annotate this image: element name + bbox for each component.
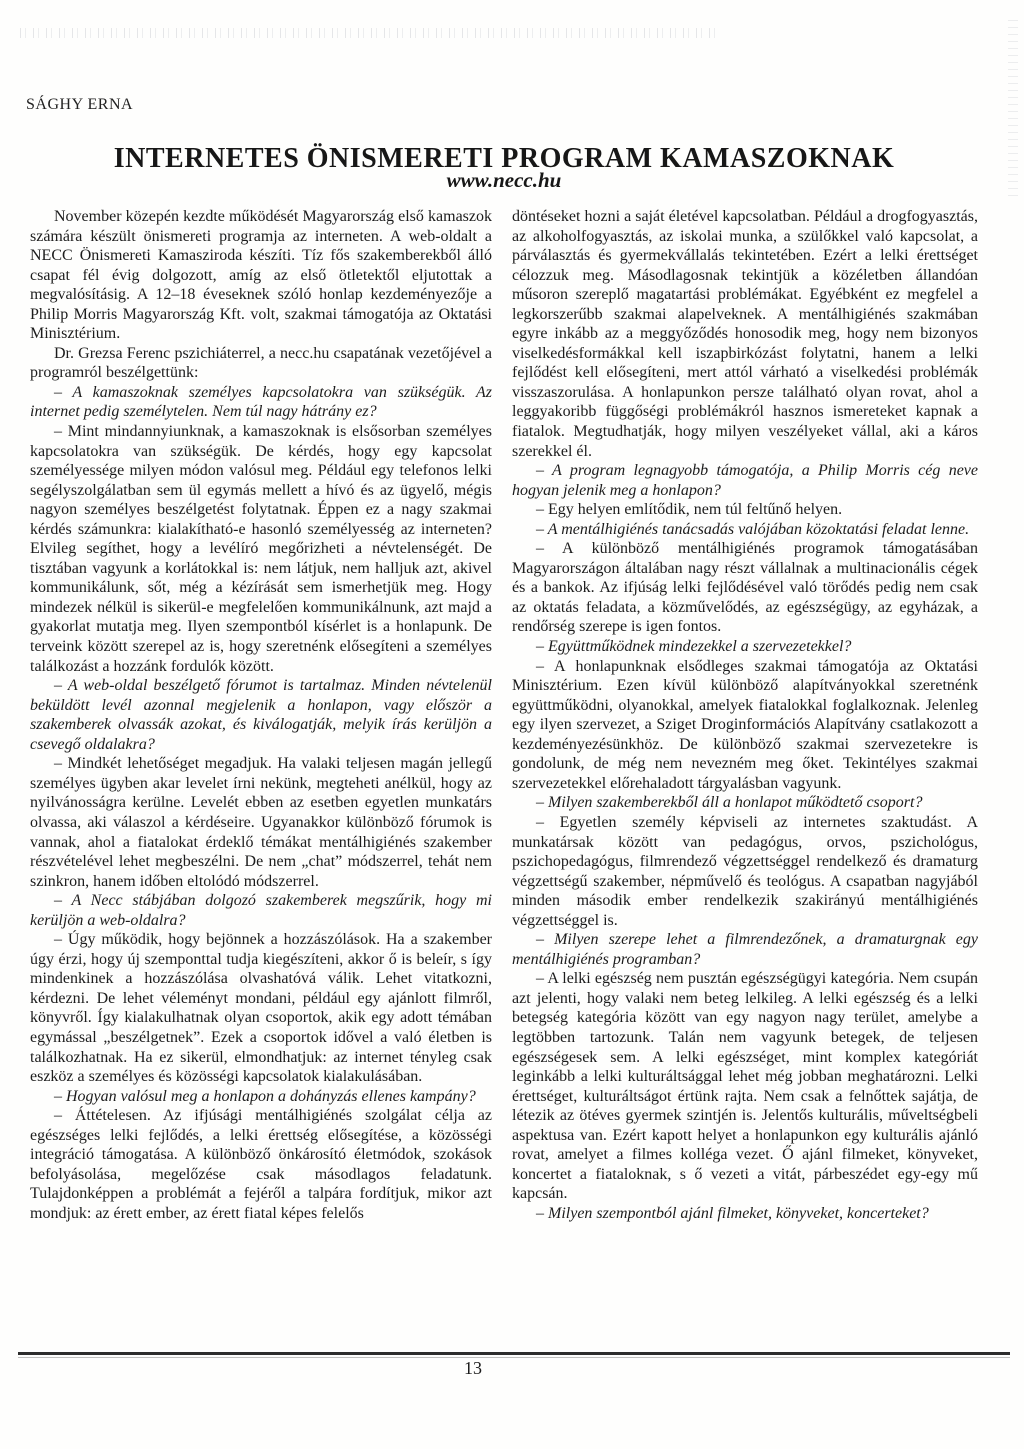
article-paragraph: November közepén kezdte működését Magyar… xyxy=(30,207,492,344)
article-paragraph: – Úgy működik, hogy bejönnek a hozzászól… xyxy=(30,930,492,1086)
footer-rule-shadow xyxy=(18,1357,1010,1358)
article-paragraph: – A honlapunknak elsődleges szakmai támo… xyxy=(512,657,978,794)
article-paragraph: – A különböző mentálhigiénés programok t… xyxy=(512,539,978,637)
interview-question: – A mentálhigiénés tanácsadás valójában … xyxy=(512,520,978,540)
interview-question: – Együttműködnek mindezekkel a szervezet… xyxy=(512,637,978,657)
article-paragraph: Dr. Grezsa Ferenc pszichiáterrel, a necc… xyxy=(30,344,492,383)
interview-question: – Hogyan valósul meg a honlapon a dohány… xyxy=(30,1087,492,1107)
website-url: www.necc.hu xyxy=(30,168,978,193)
page-number: 13 xyxy=(464,1358,482,1379)
interview-question: – Milyen szempontból ajánl filmeket, kön… xyxy=(512,1204,978,1224)
article-paragraph: – Mint mindannyiunknak, a kamaszoknak is… xyxy=(30,422,492,676)
article-paragraph: – A lelki egészség nem pusztán egészségü… xyxy=(512,969,978,1204)
author-byline: SÁGHY ERNA xyxy=(26,96,133,114)
article-paragraph: – Áttételesen. Az ifjúsági mentálhigiéné… xyxy=(30,1106,492,1223)
article-paragraph: – Mindkét lehetőséget megadjuk. Ha valak… xyxy=(30,754,492,891)
article-paragraph: – Egy helyen említődik, nem túl feltűnő … xyxy=(512,500,978,520)
scan-noise xyxy=(20,28,720,38)
text-column-left: November közepén kezdte működését Magyar… xyxy=(30,207,492,1223)
scan-noise xyxy=(1008,20,1018,200)
footer-rule xyxy=(18,1352,1010,1355)
text-column-right: döntéseket hozni a saját életével kapcso… xyxy=(512,207,978,1223)
interview-question: – A program legnagyobb támogatója, a Phi… xyxy=(512,461,978,500)
article-paragraph: döntéseket hozni a saját életével kapcso… xyxy=(512,207,978,461)
interview-question: – A Necc stábjában dolgozó szakemberek m… xyxy=(30,891,492,930)
interview-question: – Milyen szakemberekből áll a honlapot m… xyxy=(512,793,978,813)
interview-question: – Milyen szerepe lehet a filmrendezőnek,… xyxy=(512,930,978,969)
interview-question: – A kamaszoknak személyes kapcsolatokra … xyxy=(30,383,492,422)
article-paragraph: – Egyetlen személy képviseli az internet… xyxy=(512,813,978,930)
scanned-article-page: SÁGHY ERNA INTERNETES ÖNISMERETI PROGRAM… xyxy=(0,0,1024,1449)
interview-question: – A web-oldal beszélgető fórumot is tart… xyxy=(30,676,492,754)
